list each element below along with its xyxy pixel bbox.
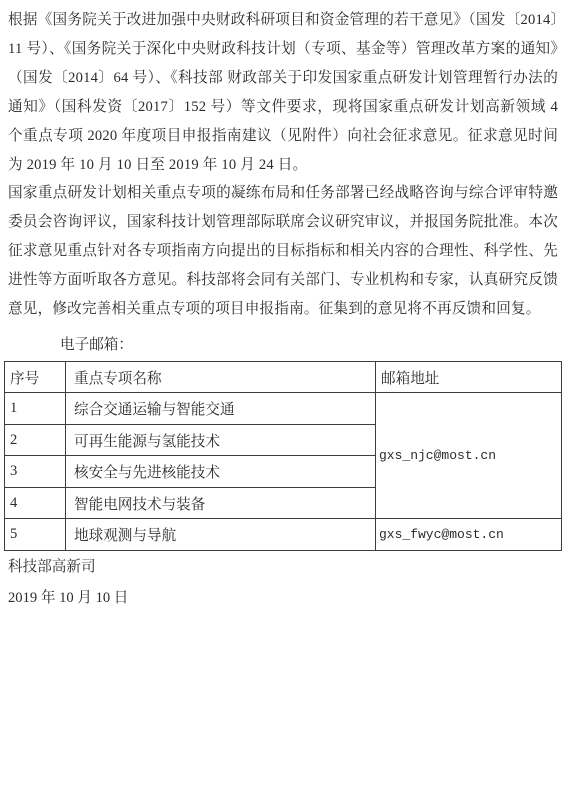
cell-project-name: 综合交通运输与智能交通 xyxy=(66,393,376,425)
email-cell-row-5: gxs_fwyc@most.cn xyxy=(376,519,562,551)
merged-email-cell: gxs_njc@most.cn xyxy=(376,393,562,519)
cell-serial-number: 4 xyxy=(5,487,66,519)
paragraph-process: 国家重点研发计划相关重点专项的凝练布局和任务部署已经战略咨询与综合评审特邀委员会… xyxy=(8,179,558,324)
special-projects-email-table: 序号 重点专项名称 邮箱地址 1 综合交通运输与智能交通 gxs_njc@mos… xyxy=(4,361,562,551)
cell-serial-number: 1 xyxy=(5,393,66,425)
cell-project-name: 智能电网技术与装备 xyxy=(66,487,376,519)
header-serial-number: 序号 xyxy=(5,361,66,393)
email-section-label: 电子邮箱： xyxy=(60,331,558,360)
cell-project-name: 地球观测与导航 xyxy=(66,519,376,551)
document-date: 2019 年 10 月 10 日 xyxy=(8,584,558,613)
cell-project-name: 可再生能源与氢能技术 xyxy=(66,424,376,456)
signature-department: 科技部高新司 xyxy=(8,553,558,582)
cell-project-name: 核安全与先进核能技术 xyxy=(66,456,376,488)
cell-serial-number: 3 xyxy=(5,456,66,488)
table-row: 5 地球观测与导航 gxs_fwyc@most.cn xyxy=(5,519,562,551)
table-header-row: 序号 重点专项名称 邮箱地址 xyxy=(5,361,562,393)
cell-serial-number: 5 xyxy=(5,519,66,551)
header-email-address: 邮箱地址 xyxy=(376,361,562,393)
cell-serial-number: 2 xyxy=(5,424,66,456)
document-page: 根据《国务院关于改进加强中央财政科研项目和资金管理的若干意见》（国发〔2014〕… xyxy=(0,0,566,800)
paragraph-basis: 根据《国务院关于改进加强中央财政科研项目和资金管理的若干意见》（国发〔2014〕… xyxy=(8,6,558,179)
header-project-name: 重点专项名称 xyxy=(66,361,376,393)
table-row: 1 综合交通运输与智能交通 gxs_njc@most.cn xyxy=(5,393,562,425)
